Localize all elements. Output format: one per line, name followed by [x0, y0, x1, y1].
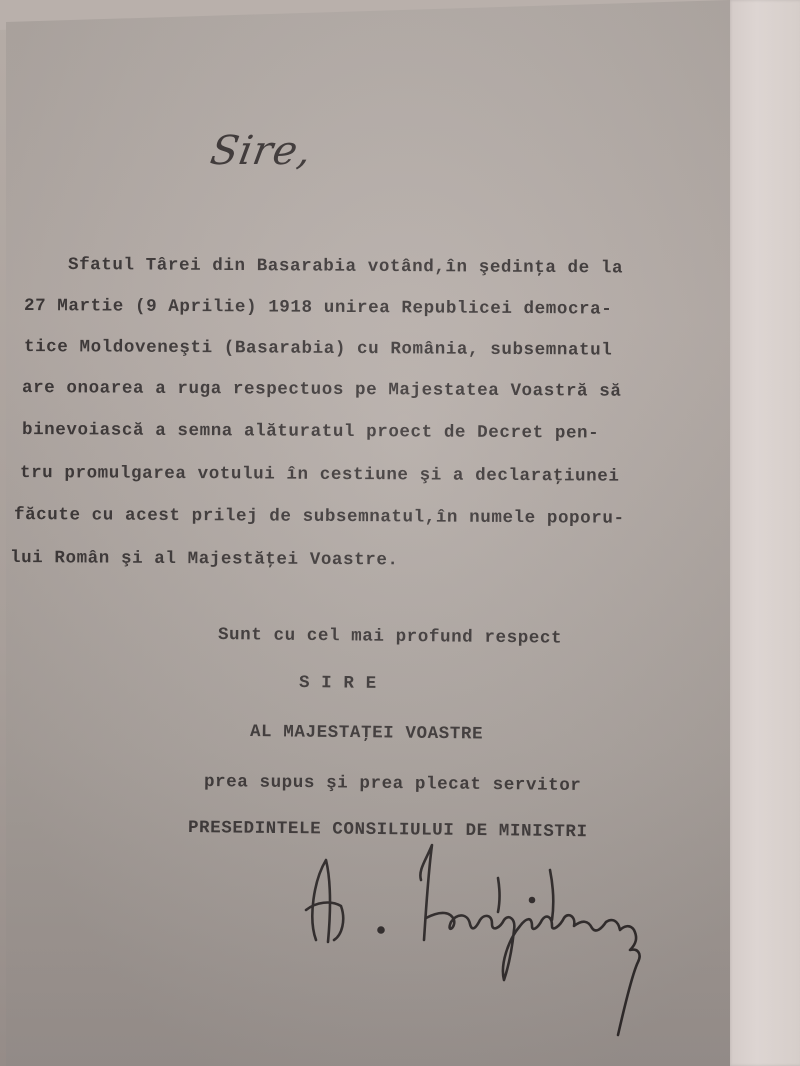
- body-line-3: tice Moldoveneşti (Basarabia) cu România…: [24, 337, 613, 361]
- body-line-2: 27 Martie (9 Aprilie) 1918 unirea Republ…: [24, 296, 613, 320]
- body-line-8: lui Român şi al Majestăţei Voastre.: [10, 548, 399, 570]
- body-line-7: făcute cu acest prilej de subsemnatul,în…: [14, 505, 625, 529]
- photo-scene: Sire, Sfatul Târei din Basarabia votând,…: [0, 0, 800, 1066]
- closing-majesty: AL MAJESTAŢEI VOASTRE: [250, 722, 483, 744]
- closing-title: PRESEDINTELE CONSILIULUI DE MINISTRI: [188, 818, 588, 842]
- body-line-6: tru promulgarea votului în cestiune şi a…: [20, 463, 620, 487]
- signature: [286, 840, 726, 1040]
- adjacent-page-edge: [728, 0, 800, 1066]
- closing-servant: prea supus şi prea plecat servitor: [204, 772, 582, 796]
- body-line-5: binevoiască a semna alăturatul proect de…: [22, 420, 599, 444]
- closing-sire: S I R E: [299, 673, 377, 694]
- closing-respect: Sunt cu cel mai profund respect: [218, 625, 562, 649]
- salutation: Sire,: [207, 128, 316, 174]
- body-line-1: Sfatul Târei din Basarabia votând,în şed…: [68, 255, 623, 278]
- letter-page: Sire, Sfatul Târei din Basarabia votând,…: [6, 0, 730, 1066]
- body-line-4: are onoarea a ruga respectuos pe Majesta…: [22, 378, 622, 402]
